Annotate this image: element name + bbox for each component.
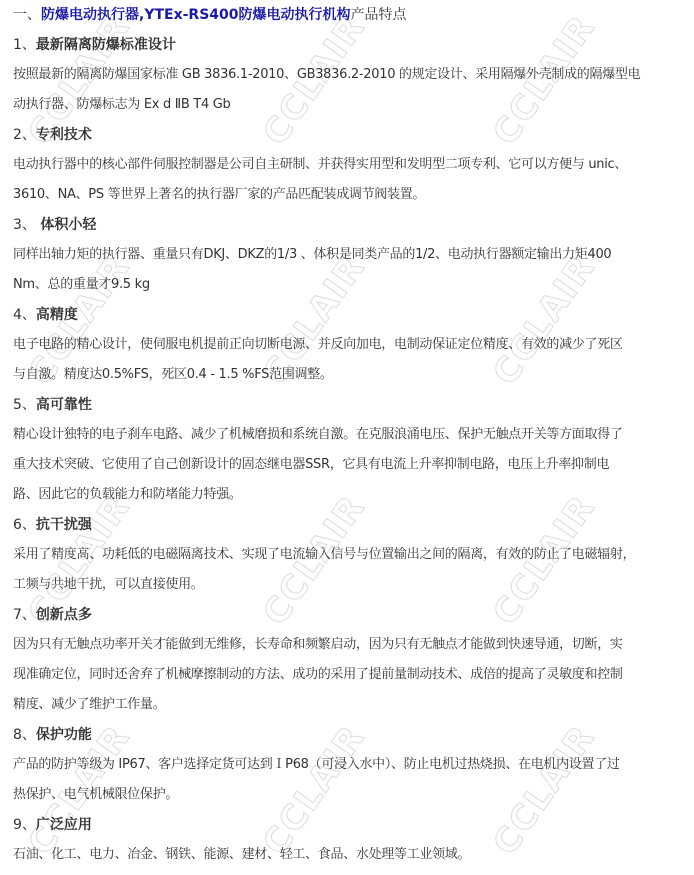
feature-number: 8、 (13, 727, 36, 743)
feature-number: 4、 (13, 307, 36, 323)
feature-section: 4、高精度 电子电路的精心设计，使伺服电机提前正向切断电源、并反向加电，电制动保… (13, 300, 694, 390)
feature-heading: 4、高精度 (13, 300, 694, 330)
feature-description: 电子电路的精心设计，使伺服电机提前正向切断电源、并反向加电，电制动保证定位精度、… (13, 330, 694, 390)
description-line: 3610、NA、PS 等世界上著名的执行器厂家的产品匹配装成调节阀装置。 (13, 180, 692, 210)
feature-number: 3、 (13, 217, 40, 233)
feature-section: 3、 体积小轻 同样出轴力矩的执行器、重量只有DKJ、DKZ的1/3 、体积是同… (13, 210, 694, 300)
feature-heading: 7、创新点多 (13, 600, 694, 630)
feature-description: 同样出轴力矩的执行器、重量只有DKJ、DKZ的1/3 、体积是同类产品的1/2、… (13, 240, 694, 300)
description-line: 重大技术突破、它使用了自己创新设计的固态继电器SSR，它具有电流上升率抑制电路，… (13, 450, 692, 480)
feature-number: 6、 (13, 517, 36, 533)
feature-heading-text: 专利技术 (36, 127, 92, 143)
feature-section: 7、创新点多 因为只有无触点功率开关才能做到无维修，长寿命和频繁启动，因为只有无… (13, 600, 694, 720)
description-line: 与自激。精度达0.5%FS，死区0.4 - 1.5 %FS范围调整。 (13, 360, 692, 390)
feature-heading: 6、抗干扰强 (13, 510, 694, 540)
feature-heading-text: 最新隔离防爆标准设计 (36, 37, 176, 53)
feature-section: 8、保护功能 产品的防护等级为 IP67、客户选择定货可达到ＩP68（可浸入水中… (13, 720, 694, 810)
feature-description: 因为只有无触点功率开关才能做到无维修，长寿命和频繁启动，因为只有无触点才能做到快… (13, 630, 694, 720)
feature-number: 1、 (13, 37, 36, 53)
feature-section: 2、专利技术 电动执行器中的核心部件伺服控制器是公司自主研制、并获得实用型和发明… (13, 120, 694, 210)
feature-description: 电动执行器中的核心部件伺服控制器是公司自主研制、并获得实用型和发明型二项专利、它… (13, 150, 694, 210)
feature-heading-text: 高精度 (36, 307, 78, 323)
feature-list: 1、最新隔离防爆标准设计 按照最新的隔离防爆国家标准 GB 3836.1-201… (13, 30, 694, 870)
feature-description: 采用了精度高、功耗低的电磁隔离技术、实现了电流输入信号与位置输出之间的隔离，有效… (13, 540, 694, 600)
description-line: 现准确定位，同时还舍弃了机械摩擦制动的方法、成功的采用了提前量制动技术、成倍的提… (13, 660, 692, 690)
description-line: 电子电路的精心设计，使伺服电机提前正向切断电源、并反向加电，电制动保证定位精度、… (13, 330, 692, 360)
title-product-name: 防爆电动执行器,YTEx-RS400防爆电动执行机构 (41, 7, 351, 23)
page-title: 一、防爆电动执行器,YTEx-RS400防爆电动执行机构产品特点 (13, 0, 694, 30)
description-line: 因为只有无触点功率开关才能做到无维修，长寿命和频繁启动，因为只有无触点才能做到快… (13, 630, 692, 660)
feature-number: 2、 (13, 127, 36, 143)
feature-section: 9、广泛应用 石油、化工、电力、冶金、钢铁、能源、建材、轻工、食品、水处理等工业… (13, 810, 694, 870)
feature-section: 5、高可靠性 精心设计独特的电子刹车电路、减少了机械磨损和系统自激。在克服浪涌电… (13, 390, 694, 510)
feature-heading: 9、广泛应用 (13, 810, 694, 840)
description-line: 石油、化工、电力、冶金、钢铁、能源、建材、轻工、食品、水处理等工业领域。 (13, 840, 692, 870)
description-line: Nm、总的重量才9.5 kg (13, 270, 692, 300)
feature-heading-text: 抗干扰强 (36, 517, 92, 533)
feature-description: 精心设计独特的电子刹车电路、减少了机械磨损和系统自激。在克服浪涌电压、保护无触点… (13, 420, 694, 510)
feature-number: 5、 (13, 397, 36, 413)
feature-heading: 2、专利技术 (13, 120, 694, 150)
feature-heading: 3、 体积小轻 (13, 210, 694, 240)
feature-section: 6、抗干扰强 采用了精度高、功耗低的电磁隔离技术、实现了电流输入信号与位置输出之… (13, 510, 694, 600)
feature-number: 7、 (13, 607, 36, 623)
feature-heading: 1、最新隔离防爆标准设计 (13, 30, 694, 60)
feature-heading-text: 保护功能 (36, 727, 92, 743)
feature-heading-text: 创新点多 (36, 607, 92, 623)
description-line: 动执行器、防爆标志为 Ex d ⅡB T4 Gb (13, 90, 692, 120)
title-suffix: 产品特点 (351, 7, 407, 23)
description-line: 采用了精度高、功耗低的电磁隔离技术、实现了电流输入信号与位置输出之间的隔离，有效… (13, 540, 692, 570)
feature-description: 产品的防护等级为 IP67、客户选择定货可达到ＩP68（可浸入水中）、防止电机过… (13, 750, 694, 810)
description-line: 热保护、电气机械限位保护。 (13, 780, 692, 810)
description-line: 电动执行器中的核心部件伺服控制器是公司自主研制、并获得实用型和发明型二项专利、它… (13, 150, 692, 180)
title-prefix: 一、 (13, 7, 41, 23)
feature-section: 1、最新隔离防爆标准设计 按照最新的隔离防爆国家标准 GB 3836.1-201… (13, 30, 694, 120)
description-line: 路、因此它的负载能力和防堵能力特强。 (13, 480, 692, 510)
description-line: 同样出轴力矩的执行器、重量只有DKJ、DKZ的1/3 、体积是同类产品的1/2、… (13, 240, 692, 270)
feature-heading-text: 广泛应用 (36, 817, 92, 833)
description-line: 精心设计独特的电子刹车电路、减少了机械磨损和系统自激。在克服浪涌电压、保护无触点… (13, 420, 692, 450)
document-body: 一、防爆电动执行器,YTEx-RS400防爆电动执行机构产品特点 1、最新隔离防… (13, 0, 694, 870)
feature-description: 按照最新的隔离防爆国家标准 GB 3836.1-2010、GB3836.2-20… (13, 60, 694, 120)
description-line: 产品的防护等级为 IP67、客户选择定货可达到ＩP68（可浸入水中）、防止电机过… (13, 750, 692, 780)
feature-heading-text: 体积小轻 (40, 217, 96, 233)
feature-description: 石油、化工、电力、冶金、钢铁、能源、建材、轻工、食品、水处理等工业领域。 (13, 840, 694, 870)
feature-number: 9、 (13, 817, 36, 833)
feature-heading: 5、高可靠性 (13, 390, 694, 420)
description-line: 按照最新的隔离防爆国家标准 GB 3836.1-2010、GB3836.2-20… (13, 60, 692, 90)
feature-heading: 8、保护功能 (13, 720, 694, 750)
description-line: 工频与共地干扰，可以直接使用。 (13, 570, 692, 600)
description-line: 精度、减少了维护工作量。 (13, 690, 692, 720)
feature-heading-text: 高可靠性 (36, 397, 92, 413)
